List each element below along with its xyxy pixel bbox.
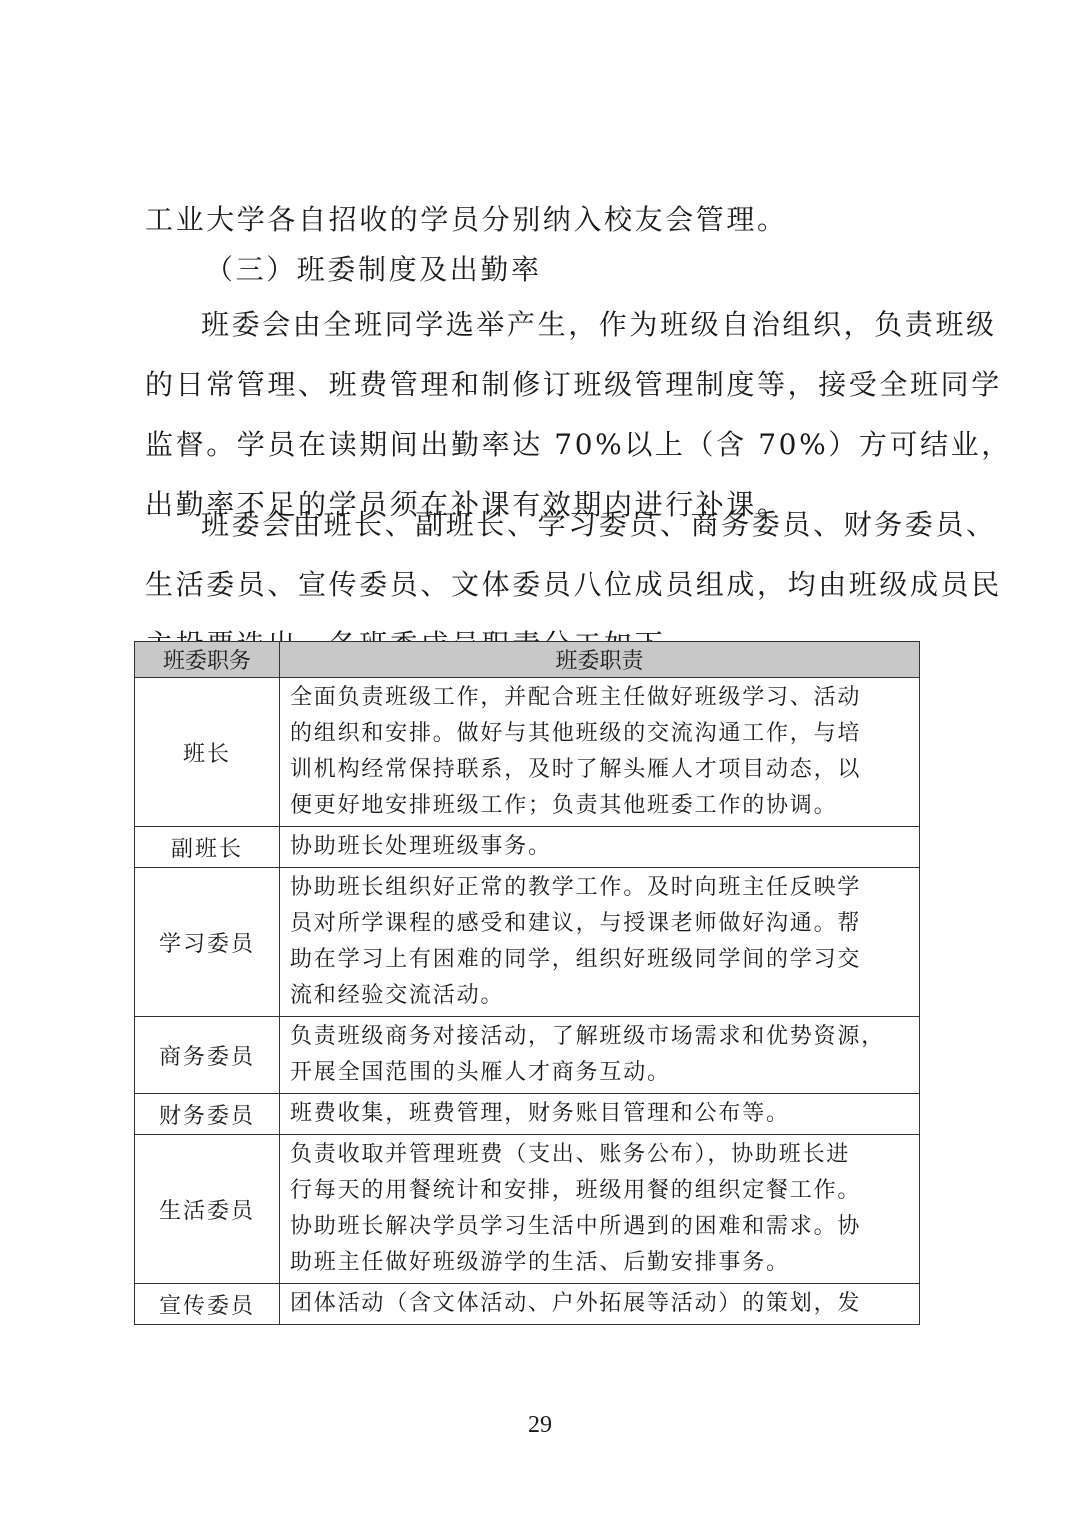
duties-cell: 负责班级商务对接活动，了解班级市场需求和优势资源，开展全国范围的头雁人才商务互动… [280,1017,920,1094]
duty-line: 便更好地安排班级工作；负责其他班委工作的协调。 [290,788,909,824]
duties-cell: 负责收取并管理班费（支出、账务公布），协助班长进行每天的用餐统计和安排，班级用餐… [280,1135,920,1284]
table-header-row: 班委职务 班委职责 [135,642,920,678]
table-row: 学习委员协助班长组织好正常的教学工作。及时向班主任反映学员对所学课程的感受和建议… [135,868,920,1017]
table-row: 商务委员负责班级商务对接活动，了解班级市场需求和优势资源，开展全国范围的头雁人才… [135,1017,920,1094]
duty-line: 协助班长解决学员学习生活中所遇到的困难和需求。协 [290,1209,909,1245]
duty-line: 团体活动（含文体活动、户外拓展等活动）的策划，发 [290,1286,909,1322]
paragraph-line: 监督。学员在读期间出勤率达 70%以上（含 70%）方可结业， [145,415,945,475]
duty-line: 协助班长组织好正常的教学工作。及时向班主任反映学 [290,870,909,906]
role-cell: 宣传委员 [135,1284,280,1325]
duties-cell: 班费收集，班费管理，财务账目管理和公布等。 [280,1094,920,1135]
role-cell: 班长 [135,678,280,827]
role-cell: 生活委员 [135,1135,280,1284]
table-row: 财务委员班费收集，班费管理，财务账目管理和公布等。 [135,1094,920,1135]
duties-cell: 团体活动（含文体活动、户外拓展等活动）的策划，发 [280,1284,920,1325]
duty-line: 班费收集，班费管理，财务账目管理和公布等。 [290,1096,909,1132]
duty-line: 员对所学课程的感受和建议，与授课老师做好沟通。帮 [290,906,909,942]
role-cell: 学习委员 [135,868,280,1017]
header-role: 班委职务 [135,642,280,678]
role-cell: 商务委员 [135,1017,280,1094]
paragraph-line: 生活委员、宣传委员、文体委员八位成员组成，均由班级成员民 [145,555,945,615]
duty-line: 助班主任做好班级游学的生活、后勤安排事务。 [290,1245,909,1281]
duty-line: 负责收取并管理班费（支出、账务公布），协助班长进 [290,1137,909,1173]
duty-line: 训机构经常保持联系，及时了解头雁人才项目动态，以 [290,752,909,788]
section-heading: （三）班委制度及出勤率 [205,240,542,300]
duties-cell: 全面负责班级工作，并配合班主任做好班级学习、活动的组织和安排。做好与其他班级的交… [280,678,920,827]
paragraph-line: 班委会由全班同学选举产生，作为班级自治组织，负责班级 [145,295,945,355]
role-cell: 财务委员 [135,1094,280,1135]
table-row: 生活委员负责收取并管理班费（支出、账务公布），协助班长进行每天的用餐统计和安排，… [135,1135,920,1284]
duties-cell: 协助班长处理班级事务。 [280,827,920,868]
duty-line: 负责班级商务对接活动，了解班级市场需求和优势资源， [290,1019,909,1055]
duty-line: 开展全国范围的头雁人才商务互动。 [290,1055,909,1091]
duty-line: 的组织和安排。做好与其他班级的交流沟通工作，与培 [290,716,909,752]
duty-line: 全面负责班级工作，并配合班主任做好班级学习、活动 [290,680,909,716]
committee-duties-table: 班委职务 班委职责 班长全面负责班级工作，并配合班主任做好班级学习、活动的组织和… [134,641,920,1325]
paragraph-line: 的日常管理、班费管理和制修订班级管理制度等，接受全班同学 [145,355,945,415]
table-row: 班长全面负责班级工作，并配合班主任做好班级学习、活动的组织和安排。做好与其他班级… [135,678,920,827]
paragraph-line: 班委会由班长、副班长、学习委员、商务委员、财务委员、 [145,495,945,555]
duty-line: 流和经验交流活动。 [290,978,909,1014]
page-number: 29 [0,1412,1080,1439]
duty-line: 行每天的用餐统计和安排，班级用餐的组织定餐工作。 [290,1173,909,1209]
duties-cell: 协助班长组织好正常的教学工作。及时向班主任反映学员对所学课程的感受和建议，与授课… [280,868,920,1017]
table-row: 副班长协助班长处理班级事务。 [135,827,920,868]
duty-line: 协助班长处理班级事务。 [290,829,909,865]
header-duties: 班委职责 [280,642,920,678]
table-row: 宣传委员团体活动（含文体活动、户外拓展等活动）的策划，发 [135,1284,920,1325]
duty-line: 助在学习上有困难的同学，组织好班级同学间的学习交 [290,942,909,978]
role-cell: 副班长 [135,827,280,868]
